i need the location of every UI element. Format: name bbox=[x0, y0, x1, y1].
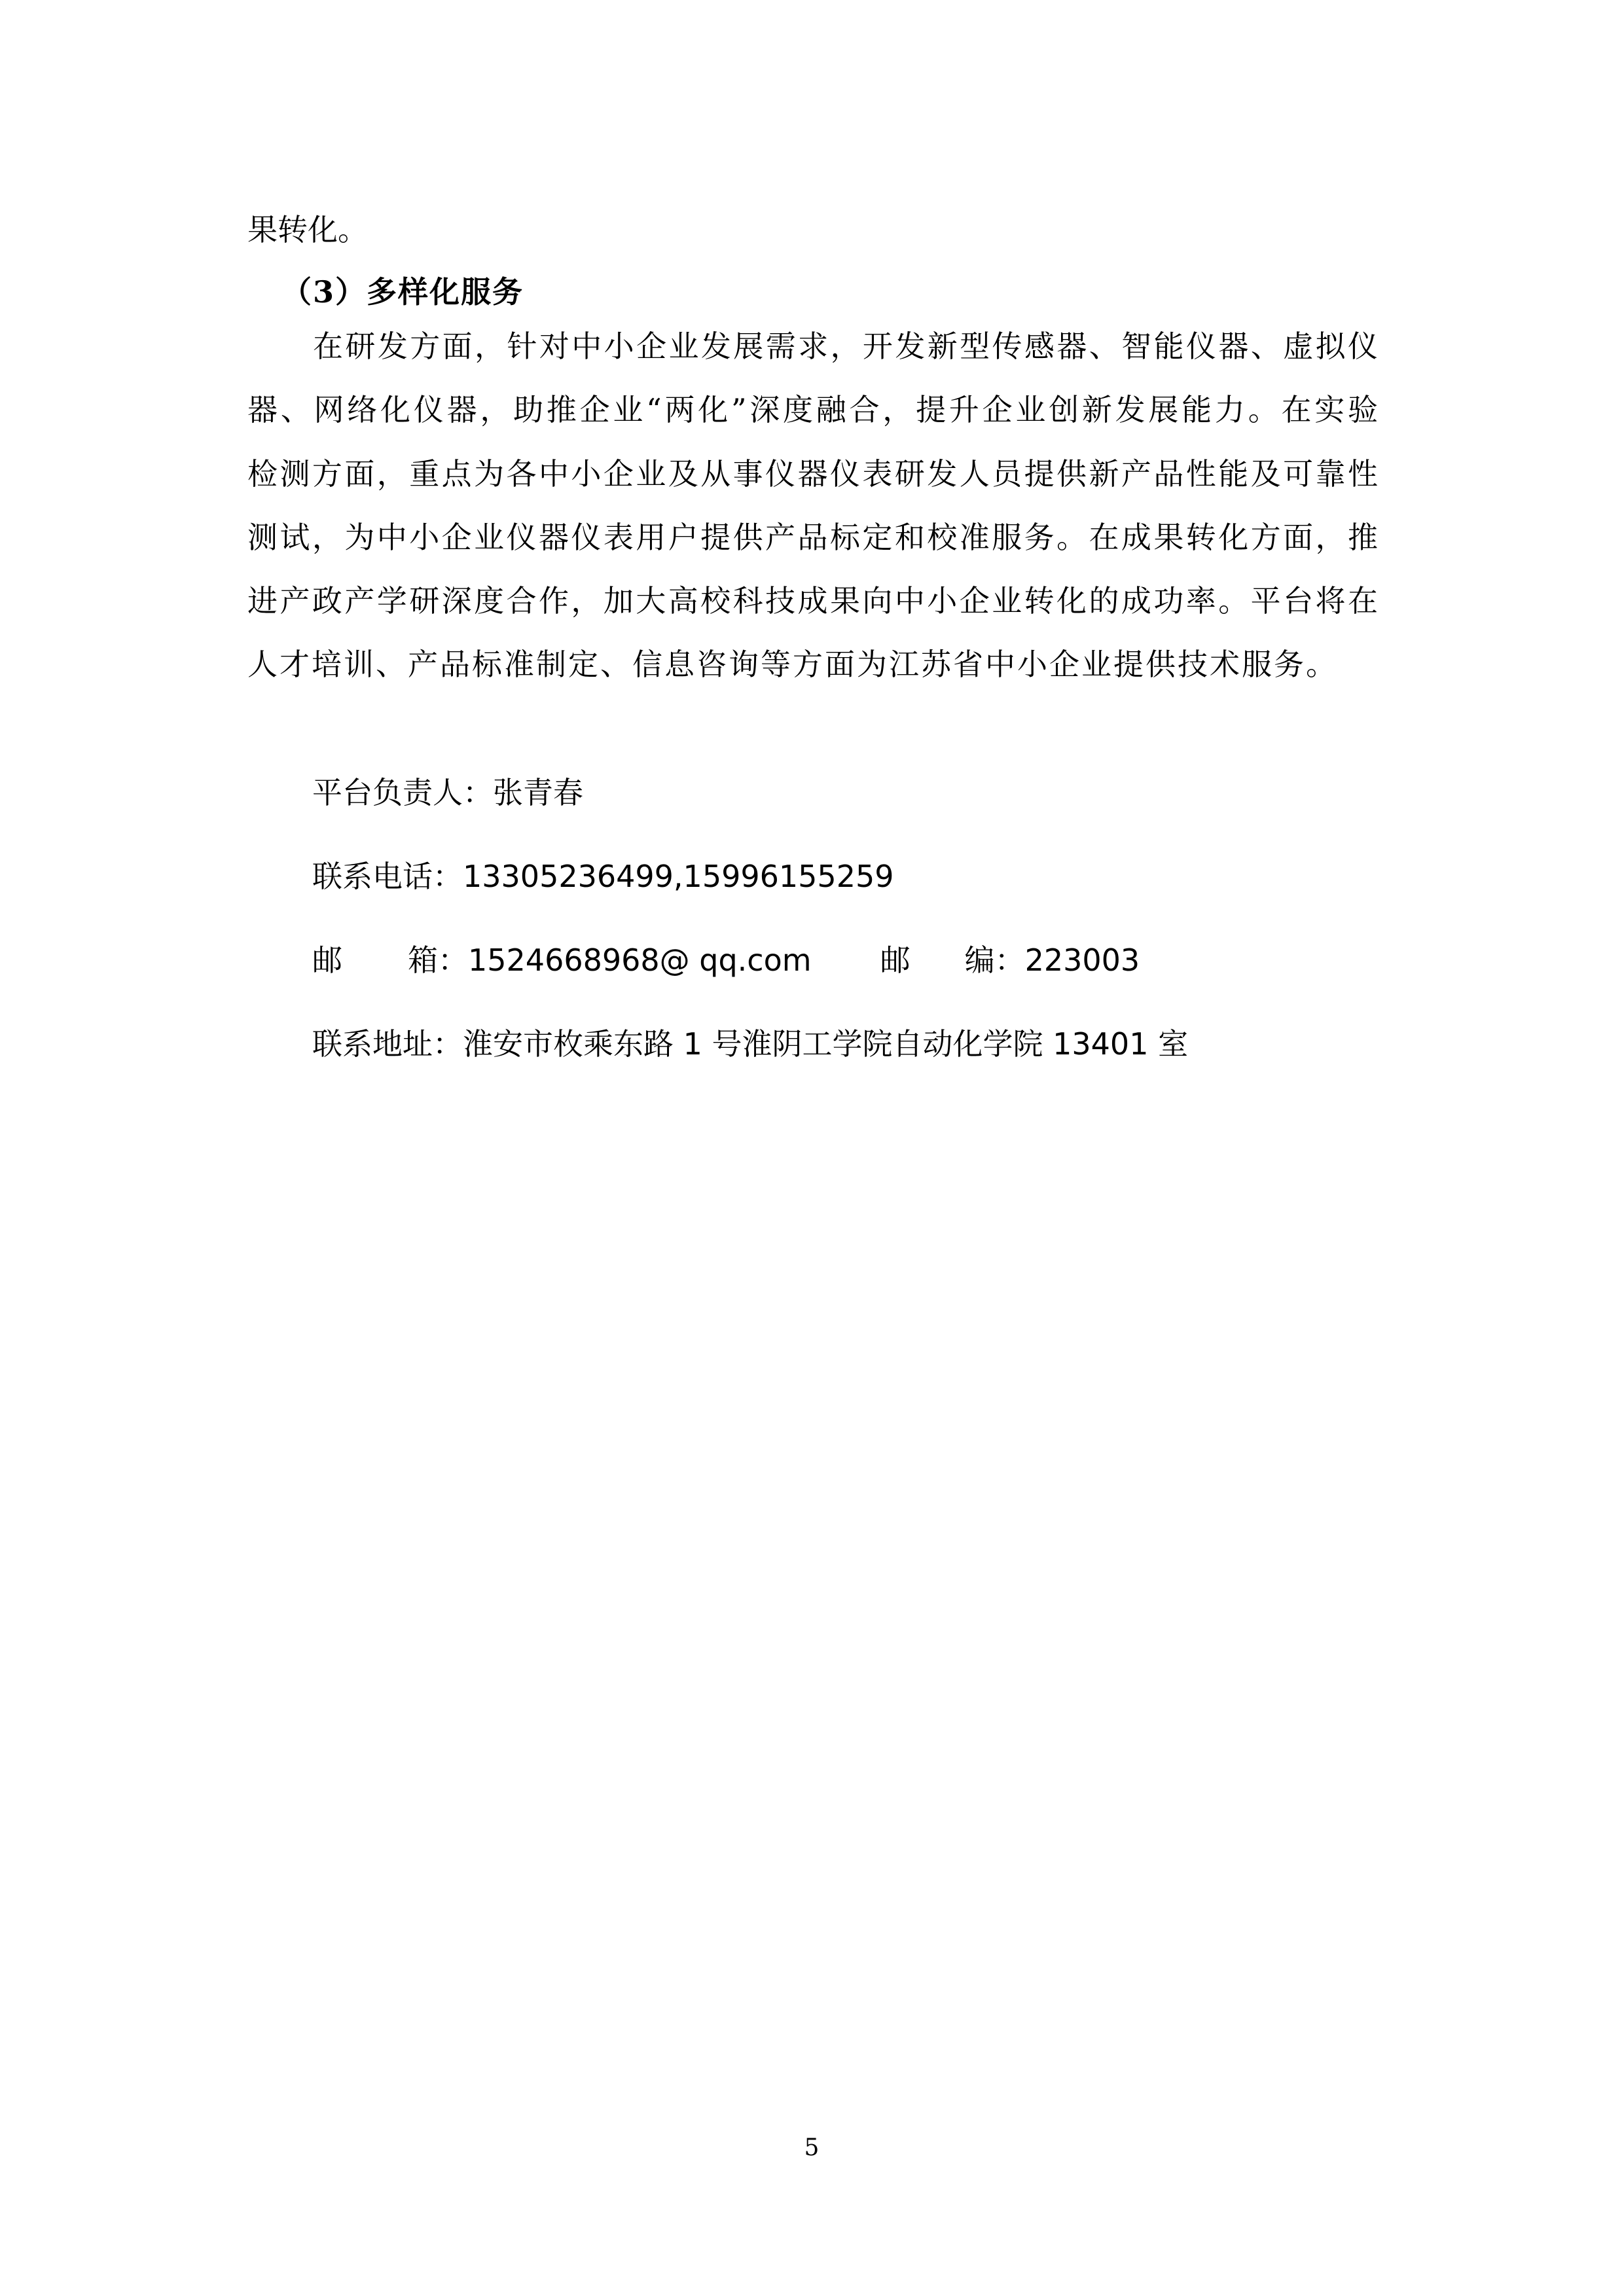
contact-email-postcode: 邮箱：1524668968@ qq.com邮编：223003 bbox=[312, 942, 1140, 978]
document-page: 果转化。 （3）多样化服务 在研发方面，针对中小企业发展需求，开发新型传感器、智… bbox=[0, 0, 1624, 2296]
paragraph-line: 进产政产学研深度合作，加大高校科技成果向中小企业转化的成功率。平台将在 bbox=[247, 584, 1378, 618]
paragraph-line: 在研发方面，针对中小企业发展需求，开发新型传感器、智能仪器、虚拟仪 bbox=[313, 329, 1378, 363]
contact-leader: 平台负责人：张青春 bbox=[312, 775, 583, 810]
continuation-text: 果转化。 bbox=[247, 213, 368, 247]
leader-label: 平台负责人 bbox=[312, 775, 463, 810]
paragraph-line: 器、网络化仪器，助推企业“两化”深度融合，提升企业创新发展能力。在实验 bbox=[247, 393, 1378, 427]
phone-separator: ： bbox=[433, 859, 463, 894]
email-value: 1524668968@ qq.com bbox=[468, 942, 812, 978]
section-heading: （3）多样化服务 bbox=[281, 275, 524, 309]
paragraph-line: 检测方面，重点为各中小企业及从事仪器仪表研发人员提供新产品性能及可靠性 bbox=[247, 457, 1378, 491]
paragraph-line: 测试，为中小企业仪器仪表用户提供产品标定和校准服务。在成果转化方面，推 bbox=[247, 520, 1378, 554]
email-label: 邮箱 bbox=[312, 942, 438, 978]
contact-address: 联系地址：淮安市枚乘东路 1 号淮阴工学院自动化学院 13401 室 bbox=[312, 1026, 1188, 1062]
address-separator: ： bbox=[433, 1026, 463, 1062]
contact-phone: 联系电话：13305236499,15996155259 bbox=[312, 859, 894, 894]
email-separator: ： bbox=[438, 942, 468, 978]
postcode-label: 邮编 bbox=[880, 942, 995, 978]
phone-value: 13305236499,15996155259 bbox=[463, 859, 894, 894]
postcode-value: 223003 bbox=[1025, 942, 1140, 978]
postcode-separator: ： bbox=[995, 942, 1025, 978]
leader-separator: ： bbox=[463, 775, 493, 810]
leader-value: 张青春 bbox=[493, 775, 583, 810]
address-value: 淮安市枚乘东路 1 号淮阴工学院自动化学院 13401 室 bbox=[463, 1026, 1188, 1062]
page-number: 5 bbox=[799, 2135, 825, 2161]
address-label: 联系地址 bbox=[312, 1026, 433, 1062]
paragraph-line: 人才培训、产品标准制定、信息咨询等方面为江苏省中小企业提供技术服务。 bbox=[247, 647, 1338, 681]
phone-label: 联系电话 bbox=[312, 859, 433, 894]
